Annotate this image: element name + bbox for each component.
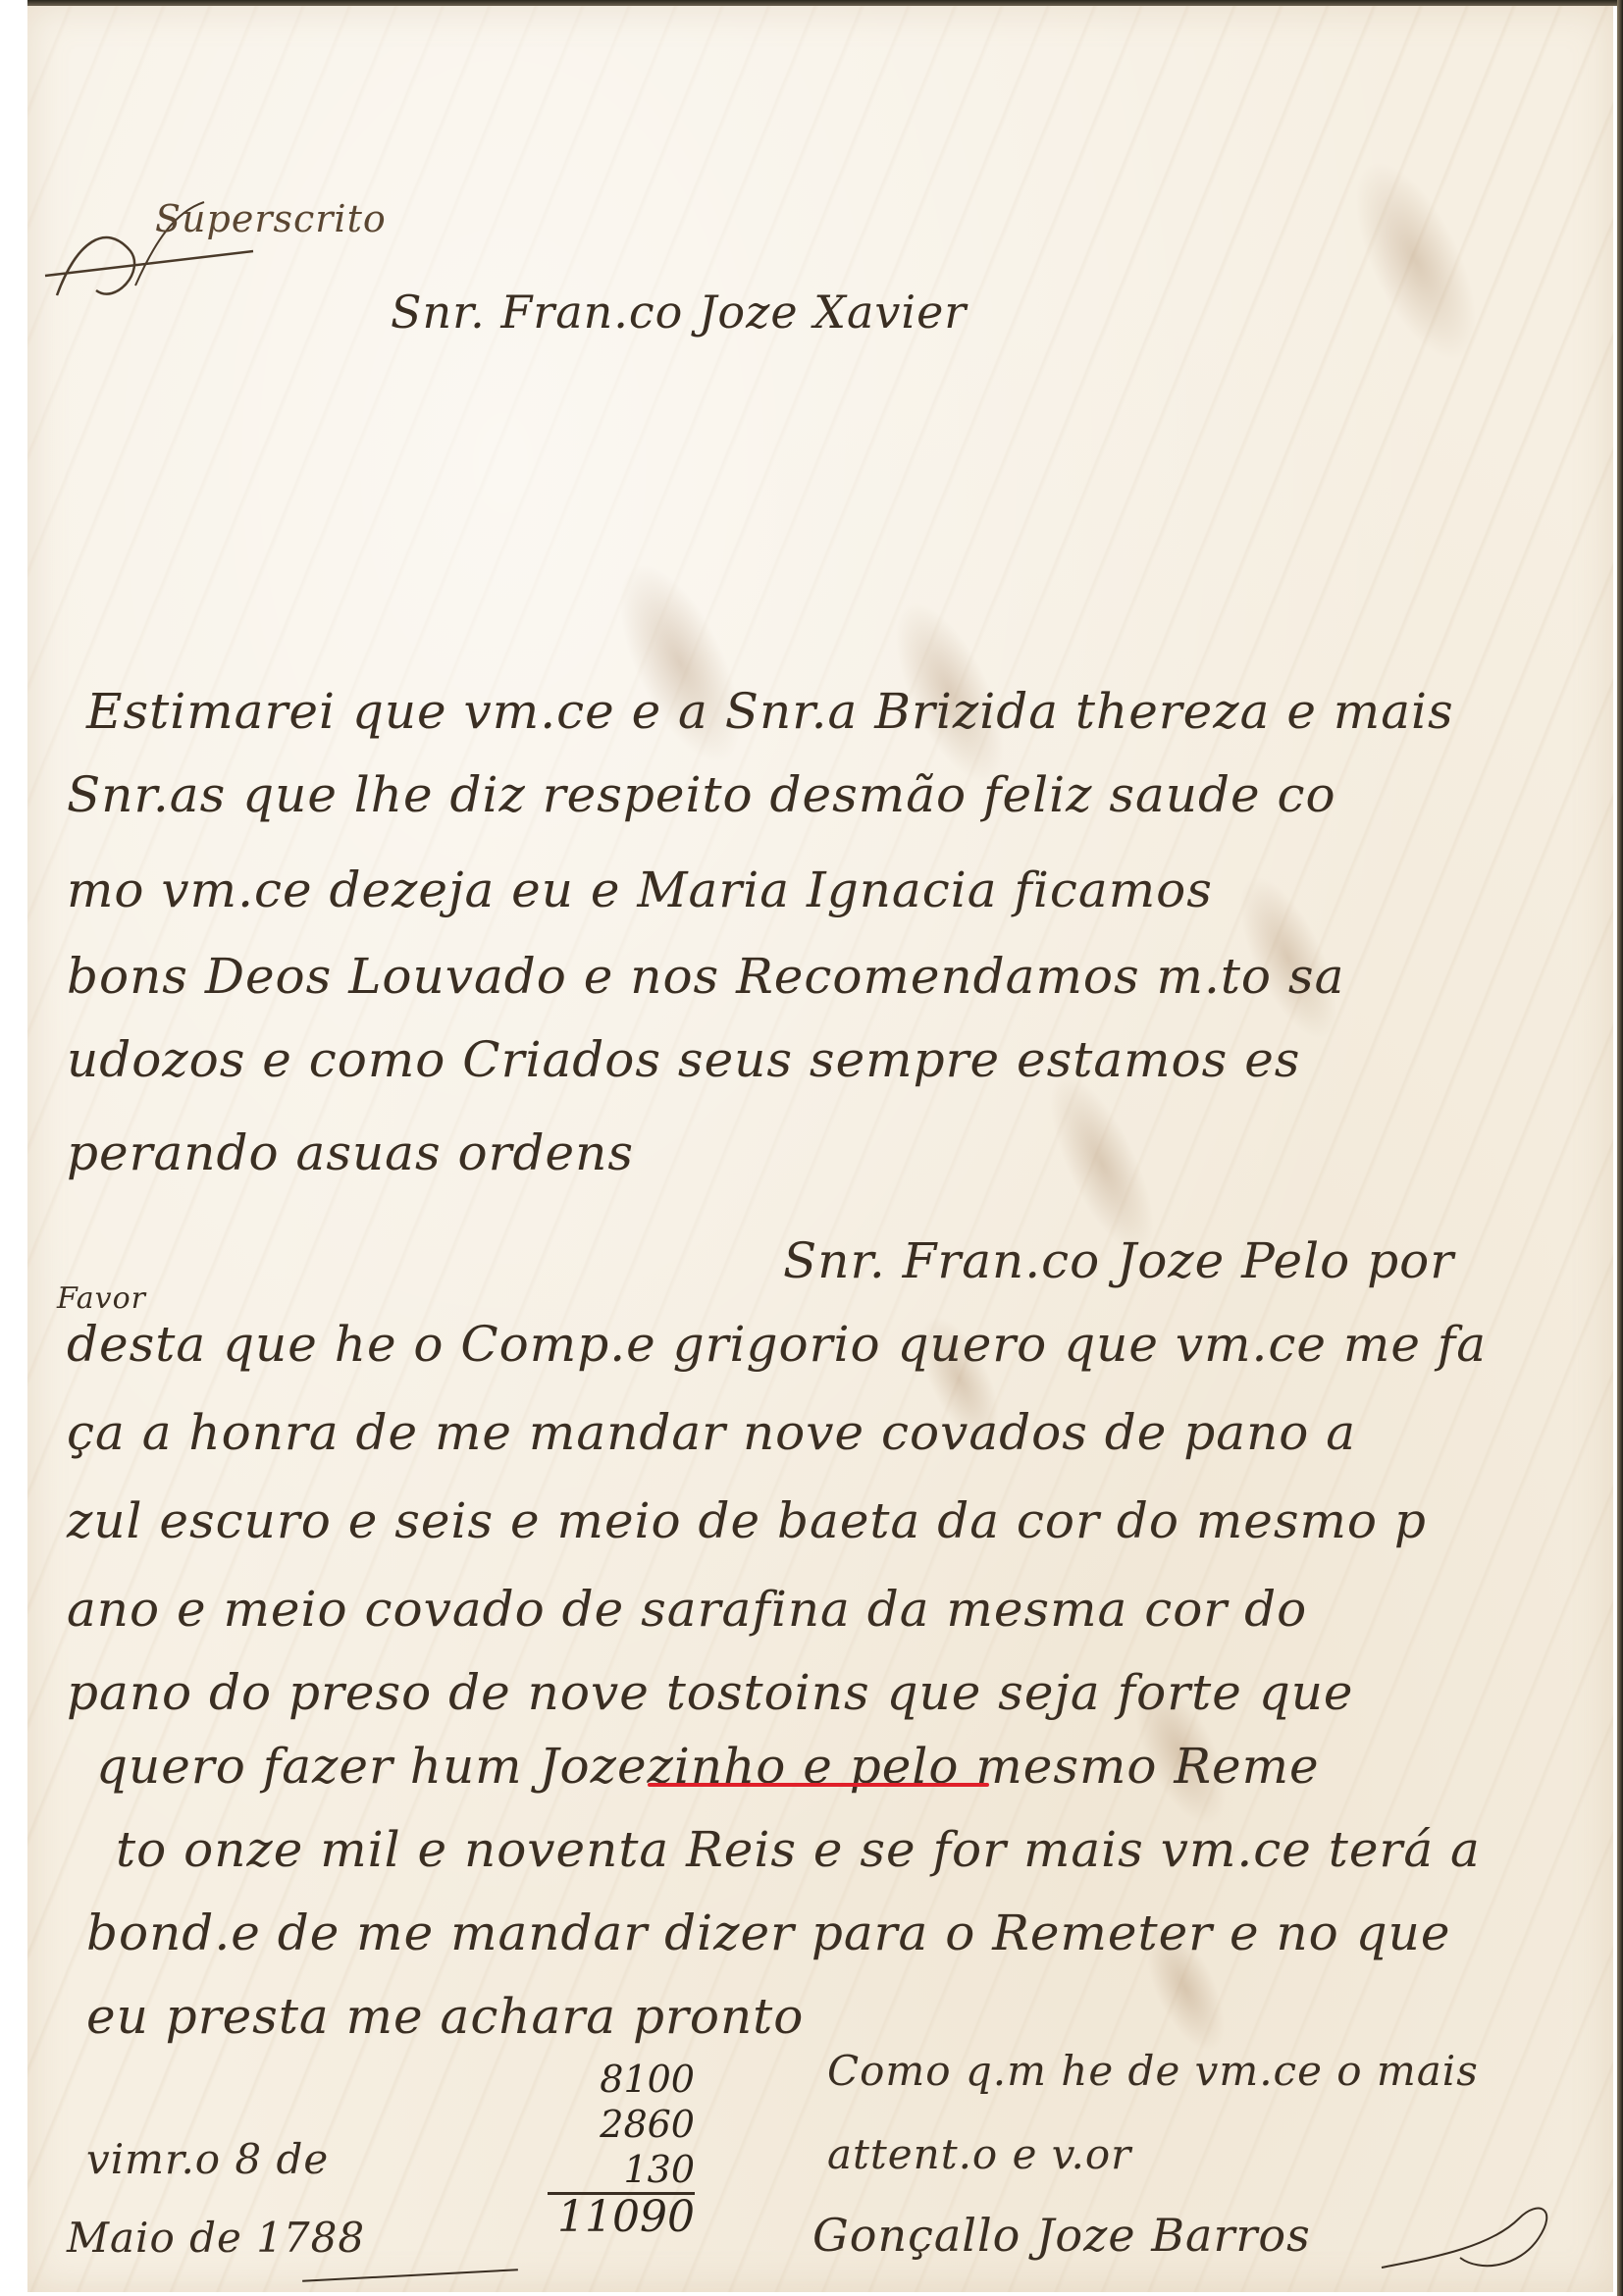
letter-page: Superscrito Snr. Fran.co Joze Xavier Est…: [27, 6, 1613, 2292]
request-line-3: zul escuro e seis e meio de baeta da cor…: [67, 1492, 1427, 1549]
calc-value-3: 130: [548, 2147, 695, 2195]
body-line-1: Estimarei que vm.ce e a Snr.a Brizida th…: [86, 683, 1454, 740]
ink-bleed-stain: [595, 547, 766, 779]
body-line-3: mo vm.ce dezeja eu e Maria Ignacia ficam…: [67, 861, 1213, 918]
closing-line-1: Como q.m he de vm.ce o mais: [827, 2047, 1479, 2095]
request-line-8: bond.e de me mandar dizer para o Remeter…: [86, 1905, 1450, 1961]
calc-value-1: 8100: [548, 2057, 695, 2102]
body-line-4: bons Deos Louvado e nos Recomendamos m.t…: [67, 948, 1344, 1005]
signature: Gonçallo Joze Barros: [812, 2209, 1311, 2262]
request-line-9: eu presta me achara pronto: [86, 1988, 804, 2045]
request-line-2: ça a honra de me mandar nove covados de …: [67, 1404, 1356, 1461]
calc-value-2: 2860: [548, 2102, 695, 2147]
margin-note-favor: Favor: [57, 1281, 146, 1316]
request-line-7: to onze mil e noventa Reis e se for mais…: [116, 1821, 1481, 1878]
request-line-1: desta que he o Comp.e grigorio quero que…: [67, 1316, 1487, 1373]
signature-flourish: [1372, 2189, 1568, 2287]
date-underline: [302, 2269, 518, 2282]
body-line-5: udozos e como Criados seus sempre estamo…: [67, 1031, 1300, 1088]
addressee-line: Snr. Fran.co Joze Xavier: [391, 286, 967, 339]
calculation-block: 8100 2860 130 11090: [548, 2057, 695, 2240]
closing-line-2: attent.o e v.or: [827, 2130, 1131, 2178]
ink-bleed-stain: [1331, 144, 1502, 377]
request-line-5: pano do preso de nove tostoins que seja …: [67, 1664, 1354, 1721]
request-line-4: ano e meio covado de sarafina da mesma c…: [67, 1581, 1307, 1638]
second-salutation: Snr. Fran.co Joze Pelo por: [783, 1232, 1454, 1289]
place-date-line-1: vimr.o 8 de: [86, 2135, 329, 2183]
red-annotation-underline: [648, 1783, 989, 1787]
scan-right-edge: [1617, 0, 1623, 2296]
body-line-6: perando asuas ordens: [67, 1124, 634, 1181]
calc-total: 11090: [548, 2195, 695, 2240]
superscrito-text: Superscrito: [155, 197, 387, 240]
place-date-line-2: Maio de 1788: [67, 2214, 365, 2262]
body-line-2: Snr.as que lhe diz respeito desmão feliz…: [67, 766, 1336, 823]
